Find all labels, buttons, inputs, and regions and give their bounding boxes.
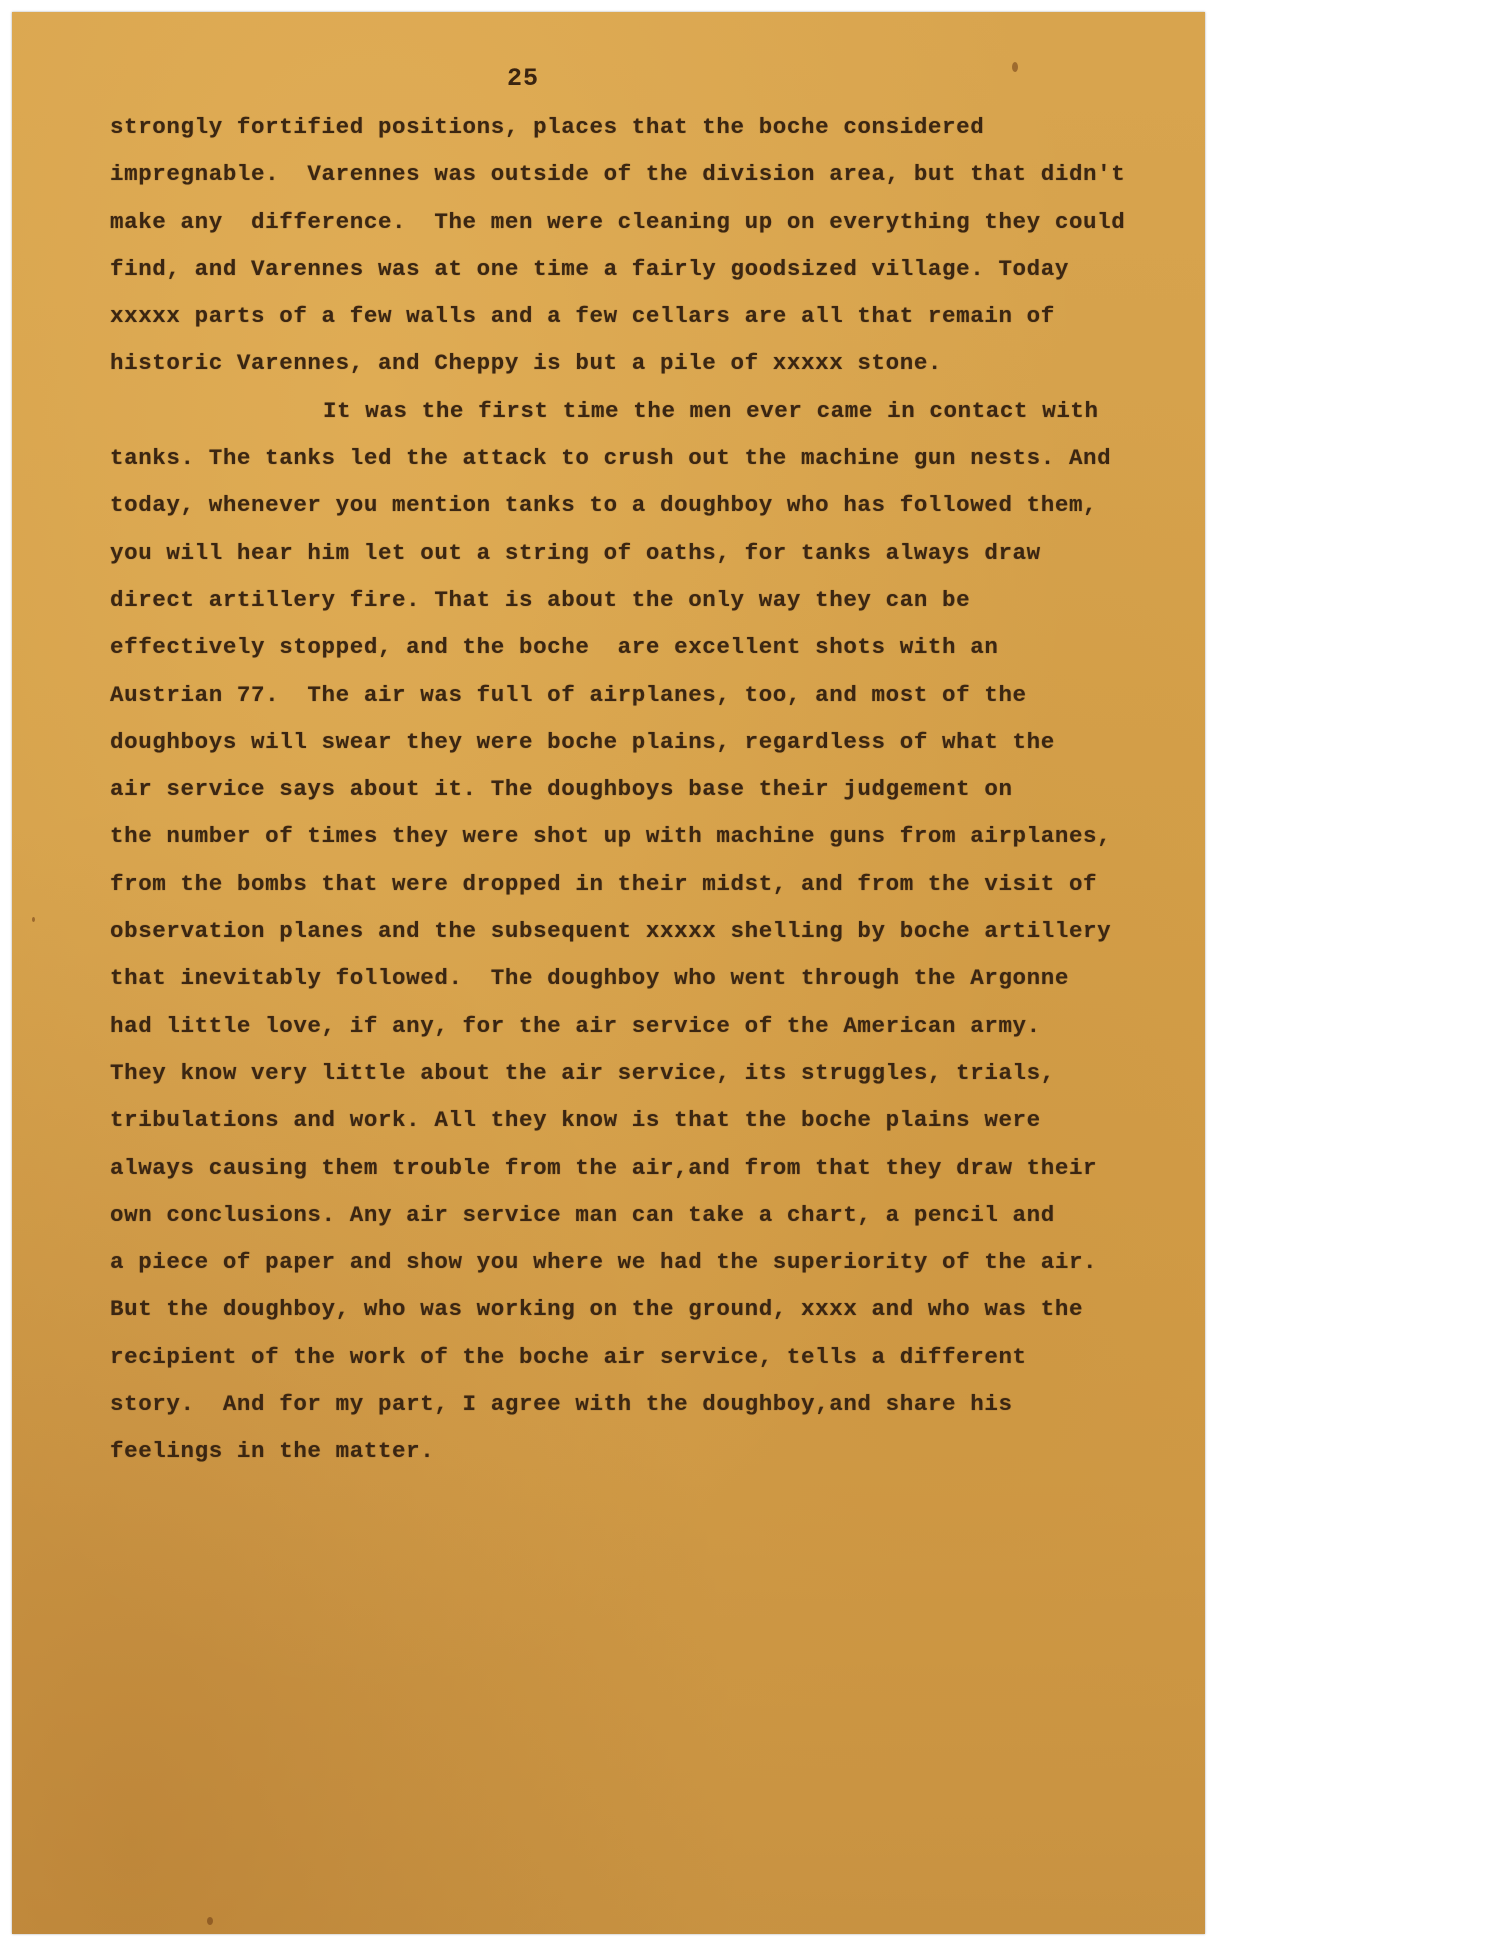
- text-line: They know very little about the air serv…: [110, 1050, 1190, 1097]
- ink-stain: [32, 917, 35, 922]
- text-line: observation planes and the subsequent xx…: [110, 908, 1190, 955]
- ink-stain: [207, 1917, 213, 1925]
- text-line: today, whenever you mention tanks to a d…: [110, 482, 1190, 529]
- body-text: strongly fortified positions, places tha…: [110, 104, 1190, 1476]
- text-line: that inevitably followed. The doughboy w…: [110, 955, 1190, 1002]
- text-line: feelings in the matter.: [110, 1428, 1190, 1475]
- text-line: air service says about it. The doughboys…: [110, 766, 1190, 813]
- text-line: a piece of paper and show you where we h…: [110, 1239, 1190, 1286]
- text-line: Austrian 77. The air was full of airplan…: [110, 672, 1190, 719]
- text-line: recipient of the work of the boche air s…: [110, 1334, 1190, 1381]
- paragraph-start-line: It was the first time the men ever came …: [110, 388, 1190, 435]
- text-line: tanks. The tanks led the attack to crush…: [110, 435, 1190, 482]
- text-line: But the doughboy, who was working on the…: [110, 1286, 1190, 1333]
- text-line: had little love, if any, for the air ser…: [110, 1003, 1190, 1050]
- text-line: impregnable. Varennes was outside of the…: [110, 151, 1190, 198]
- text-line: the number of times they were shot up wi…: [110, 813, 1190, 860]
- page-number: 25: [507, 64, 539, 93]
- text-line: tribulations and work. All they know is …: [110, 1097, 1190, 1144]
- ink-stain: [1012, 62, 1018, 72]
- text-line: from the bombs that were dropped in thei…: [110, 861, 1190, 908]
- text-line: own conclusions. Any air service man can…: [110, 1192, 1190, 1239]
- text-line: always causing them trouble from the air…: [110, 1145, 1190, 1192]
- text-line: find, and Varennes was at one time a fai…: [110, 246, 1190, 293]
- text-line: historic Varennes, and Cheppy is but a p…: [110, 340, 1190, 387]
- typewritten-page: 25 strongly fortified positions, places …: [12, 12, 1205, 1934]
- text-line: you will hear him let out a string of oa…: [110, 530, 1190, 577]
- text-line: xxxxx parts of a few walls and a few cel…: [110, 293, 1190, 340]
- text-line: direct artillery fire. That is about the…: [110, 577, 1190, 624]
- text-line: make any difference. The men were cleani…: [110, 199, 1190, 246]
- text-line: strongly fortified positions, places tha…: [110, 104, 1190, 151]
- text-line: doughboys will swear they were boche pla…: [110, 719, 1190, 766]
- text-line: story. And for my part, I agree with the…: [110, 1381, 1190, 1428]
- text-line: effectively stopped, and the boche are e…: [110, 624, 1190, 671]
